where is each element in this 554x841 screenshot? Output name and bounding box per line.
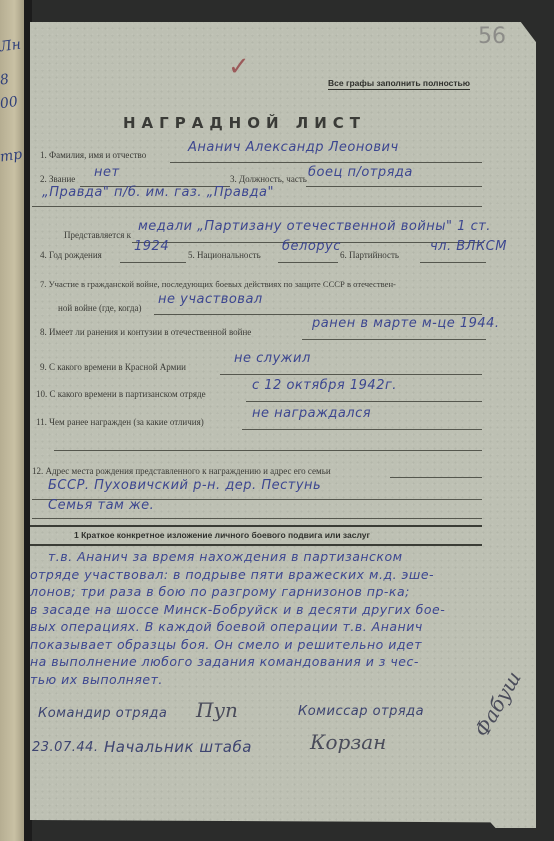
field-6-line: [420, 262, 486, 263]
field-4-value: 1924: [134, 239, 169, 254]
field-8-value: ранен в марте м-це 1944.: [312, 316, 500, 331]
field-11-value: не награждался: [252, 406, 371, 421]
field-9-value: не служил: [234, 351, 311, 366]
field-1-line: [170, 162, 482, 163]
margin-note: 00: [0, 94, 19, 112]
field-7-label: 7. Участие в гражданской войне, последую…: [40, 279, 396, 289]
section-heading: 1 Краткое конкретное изложение личного б…: [74, 530, 370, 540]
field-6-value: чл. ВЛКСМ: [430, 239, 507, 254]
field-11-extra-line: [54, 450, 482, 451]
adjacent-page-strip: Лн 8 00 тр: [0, 0, 24, 841]
narrative-line: т.в. Ананич за время нахождения в партиз…: [30, 548, 540, 566]
field-10-value: с 12 октября 1942г.: [252, 378, 397, 393]
margin-note: Лн: [0, 37, 22, 56]
field-9-label: 9. С какого времени в Красной Армии: [40, 362, 186, 372]
field-7-label-cont: ной войне (где, когда): [58, 303, 142, 313]
field-11-label: 11. Чем ранее награжден (за какие отличи…: [36, 417, 204, 427]
page-number: 56: [478, 24, 506, 49]
document-title: НАГРАДНОЙ ЛИСТ: [123, 114, 366, 132]
award-sheet-page: 56 ✓ Все графы заполнить полностью НАГРА…: [30, 22, 536, 828]
chief-of-staff-signature: Корзан: [310, 730, 386, 754]
commissar-label: Комиссар отряда: [298, 704, 424, 719]
field-2-value: нет: [94, 165, 120, 180]
field-3-label: 3. Должность, часть: [230, 174, 307, 184]
field-11-line: [242, 429, 482, 430]
field-3-value: боец п/отряда: [308, 165, 413, 180]
chief-of-staff-label: Начальник штаба: [104, 738, 252, 756]
nomination-value: медали „Партизану отечественной войны" 1…: [138, 219, 491, 234]
field-3-line: [306, 186, 482, 187]
narrative-line: вых операциях. В каждой боевой операции …: [30, 618, 540, 636]
instruction-note: Все графы заполнить полностью: [328, 78, 470, 90]
field-5-line: [278, 262, 338, 263]
narrative-line: показывает образцы боя. Он смело и решит…: [30, 636, 540, 654]
field-3-cont-line: [32, 206, 482, 207]
field-10-label: 10. С какого времени в партизанском отря…: [36, 389, 206, 399]
narrative-line: тью их выполняет.: [30, 671, 540, 689]
field-10-line: [246, 401, 482, 402]
field-12-line-3: [32, 518, 482, 519]
narrative-line: лонов; три раза в бою по разгрому гарниз…: [30, 583, 540, 601]
field-8-line: [302, 339, 486, 340]
field-3-value-cont: „Правда" п/б. им. газ. „Правда": [42, 185, 274, 200]
field-7-line: [154, 314, 482, 315]
field-4-line: [120, 262, 186, 263]
narrative-block: т.в. Ананич за время нахождения в партиз…: [30, 548, 540, 688]
check-mark-icon: ✓: [228, 52, 250, 82]
commander-signature: Пуп: [196, 698, 238, 722]
field-12-value-line1: БССР. Пуховичский р-н. дер. Пестунь: [48, 478, 321, 493]
signature-date: 23.07.44.: [32, 740, 99, 755]
section-divider-top: [30, 525, 482, 527]
field-12-value-line2: Семья там же.: [48, 498, 154, 513]
field-12-line: [390, 477, 482, 478]
field-2-label: 2. Звание: [40, 174, 75, 184]
field-5-label: 5. Национальность: [188, 250, 261, 260]
nomination-label: Представляется к: [64, 230, 131, 240]
field-1-label: 1. Фамилия, имя и отчество: [40, 150, 146, 160]
field-5-value: белорус: [282, 239, 341, 254]
field-9-line: [220, 374, 482, 375]
field-7-value: не участвовал: [158, 292, 263, 307]
narrative-line: на выполнение любого задания командовани…: [30, 653, 540, 671]
field-8-label: 8. Имеет ли ранения и контузии в отечест…: [40, 327, 251, 337]
section-divider-bottom: [30, 544, 482, 546]
field-6-label: 6. Партийность: [340, 250, 399, 260]
narrative-line: отряде участвовал: в подрыве пяти вражес…: [30, 566, 540, 584]
margin-note: тр: [0, 147, 23, 166]
field-12-label: 12. Адрес места рождения представленного…: [32, 466, 331, 476]
field-1-value: Ананич Александр Леонович: [188, 140, 399, 155]
commander-label: Командир отряда: [38, 706, 167, 721]
field-4-label: 4. Год рождения: [40, 250, 102, 260]
margin-note: 8: [0, 71, 10, 88]
narrative-line: в засаде на шоссе Минск-Бобруйск и в дес…: [30, 601, 540, 619]
